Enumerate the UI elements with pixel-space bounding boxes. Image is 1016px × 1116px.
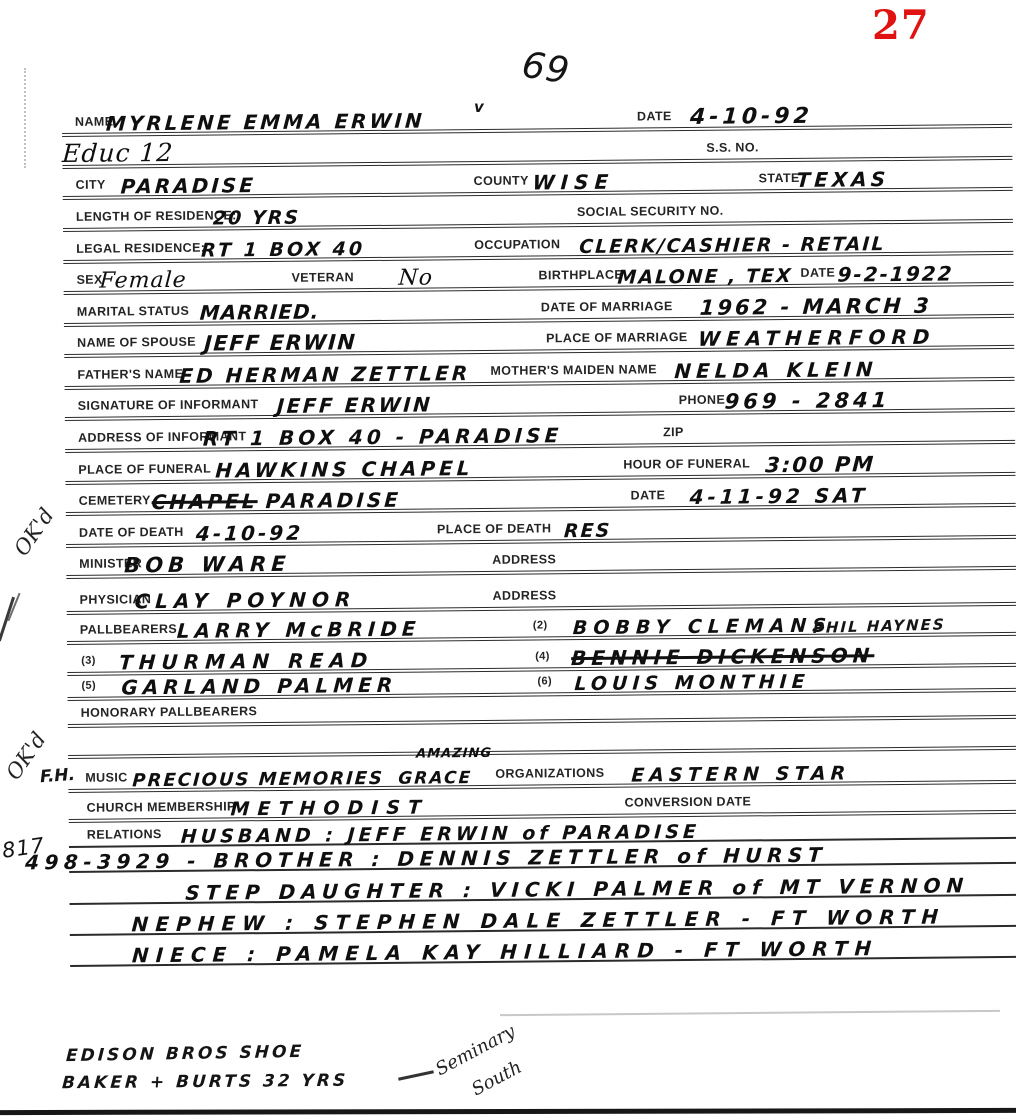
funeral-date-label: DATE: [631, 488, 666, 502]
scan-artifact-faint-line: [500, 1010, 1000, 1016]
pallbearer-3-number: (3): [81, 655, 96, 667]
music-label: MUSIC: [85, 770, 127, 784]
city-label: CITY: [76, 178, 106, 192]
phone-label: PHONE: [679, 393, 726, 407]
seminary-south-note-line2: South: [468, 1057, 525, 1101]
honorary-pallbearers-label: HONORARY PALLBEARERS: [81, 704, 258, 720]
father-name-label: FATHER'S NAME: [77, 367, 183, 382]
informant-signature-label: SIGNATURE OF INFORMANT: [78, 397, 259, 413]
employment-note-line1: EDISON BROS SHOE: [65, 1042, 304, 1066]
seminary-arrow-stroke: [398, 1070, 434, 1080]
relations-label: RELATIONS: [87, 827, 162, 842]
mother-maiden-name-label: MOTHER'S MAIDEN NAME: [490, 362, 657, 378]
state-label: STATE: [759, 171, 800, 185]
employment-note-line2: BAKER + BURTS 32 YRS: [61, 1071, 348, 1094]
hour-of-funeral-label: HOUR OF FUNERAL: [623, 456, 750, 471]
place-of-death-label: PLACE OF DEATH: [437, 521, 552, 536]
date-of-death-label: DATE OF DEATH: [79, 525, 184, 540]
place-of-funeral-label: PLACE OF FUNERAL: [78, 462, 211, 477]
date-of-marriage-label: DATE OF MARRIAGE: [541, 299, 673, 314]
okd-annotation-top: OK'd: [9, 504, 59, 560]
marital-status-label: MARITAL STATUS: [77, 304, 189, 319]
conversion-date-label: CONVERSION DATE: [625, 794, 752, 809]
social-security-label: SOCIAL SECURITY NO.: [577, 204, 724, 219]
pallbearer-2-number: (2): [533, 619, 548, 631]
place-of-marriage-label: PLACE OF MARRIAGE: [546, 330, 688, 345]
occupation-label: OCCUPATION: [474, 237, 560, 252]
legal-residence-label: LEGAL RESIDENCE:: [76, 241, 205, 256]
veteran-label: VETERAN: [291, 270, 354, 285]
birthplace-label: BIRTHPLACE: [538, 268, 623, 283]
pallbearer-5-number: (5): [81, 680, 96, 692]
physician-address-label: ADDRESS: [493, 588, 557, 603]
pallbearers-label: PALLBEARERS: [80, 622, 177, 637]
relations-niece-value: NIECE : PAMELA KAY HILLIARD - FT WORTH: [131, 936, 879, 967]
scanned-funeral-record-page: 27 69 v OK'd OK'd F.H. 817 Seminary Sout…: [0, 0, 1016, 1116]
spouse-name-label: NAME OF SPOUSE: [77, 335, 196, 350]
scan-artifact-dotted-edge: [24, 68, 26, 168]
cemetery-label: CEMETERY: [79, 493, 151, 508]
minister-address-label: ADDRESS: [492, 552, 556, 567]
organizations-label: ORGANIZATIONS: [495, 766, 604, 781]
church-membership-label: CHURCH MEMBERSHIP: [87, 799, 236, 814]
funeral-record-form: NAME MYRLENE EMMA ERWIN DATE 4-10-92 Edu…: [61, 0, 1016, 1000]
zip-label: ZIP: [663, 425, 684, 439]
county-label: COUNTY: [474, 174, 529, 189]
birth-date-label: DATE: [800, 266, 835, 280]
ssn-label: S.S. NO.: [706, 140, 759, 155]
pallbearer-4-number: (4): [535, 650, 550, 662]
scan-artifact-bottom-bar: [0, 1108, 1016, 1115]
amazing-note: AMAZING: [416, 746, 493, 762]
pallbearer-6-number: (6): [537, 675, 552, 687]
date-label: DATE: [637, 109, 672, 123]
